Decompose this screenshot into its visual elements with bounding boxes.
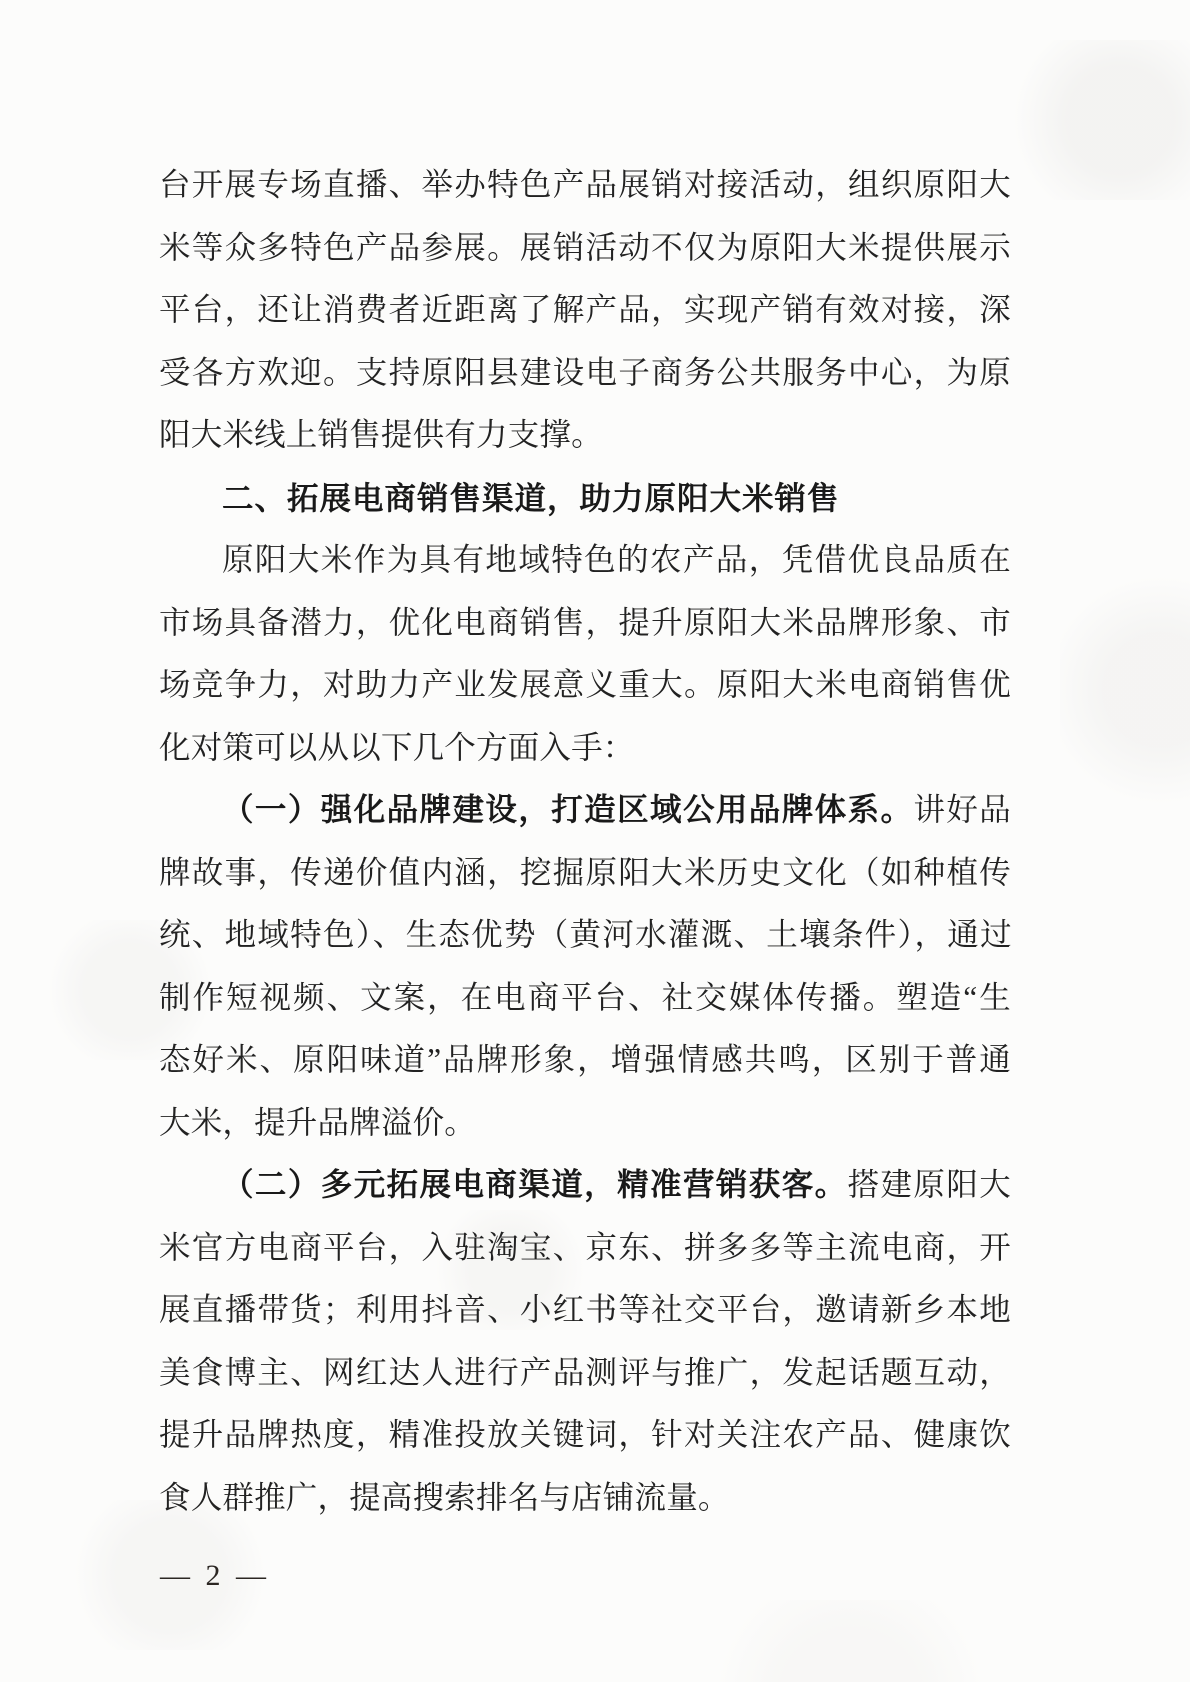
text-segment: 市场具备潜力，优化电商销售，提升原阳大米品牌形象、市: [159, 605, 1011, 640]
text-line: 统、地域特色）、生态优势（黄河水灌溉、土壤条件），通过: [159, 904, 1011, 967]
text-segment: 搭建原阳大: [848, 1167, 1011, 1202]
page-number: — 2 —: [160, 1556, 270, 1596]
text-line: 场竞争力，对助力产业发展意义重大。原阳大米电商销售优: [159, 654, 1011, 717]
text-segment: 受各方欢迎。支持原阳县建设电子商务公共服务中心，为原: [159, 355, 1011, 390]
text-segment: 讲好品: [913, 792, 1011, 827]
text-line: 展直播带货；利用抖音、小红书等社交平台，邀请新乡本地: [159, 1279, 1011, 1342]
document-page: 台开展专场直播、举办特色产品展销对接活动，组织原阳大米等众多特色产品参展。展销活…: [0, 0, 1190, 1682]
text-line: （一）强化品牌建设，打造区域公用品牌体系。讲好品: [159, 779, 1011, 842]
text-line: 米官方电商平台，入驻淘宝、京东、拼多多等主流电商，开: [159, 1217, 1011, 1280]
text-segment: 阳大米线上销售提供有力支撑。: [159, 417, 603, 452]
text-line: 食人群推广，提高搜索排名与店铺流量。: [159, 1467, 1011, 1530]
text-block: 台开展专场直播、举办特色产品展销对接活动，组织原阳大米等众多特色产品参展。展销活…: [159, 154, 1011, 1529]
text-line: 化对策可以从以下几个方面入手：: [159, 717, 1011, 780]
text-segment: 场竞争力，对助力产业发展意义重大。原阳大米电商销售优: [159, 667, 1011, 702]
text-segment: 展直播带货；利用抖音、小红书等社交平台，邀请新乡本地: [159, 1292, 1011, 1327]
text-line: 原阳大米作为具有地域特色的农产品，凭借优良品质在: [159, 529, 1011, 592]
text-line: 米等众多特色产品参展。展销活动不仅为原阳大米提供展示: [159, 217, 1011, 280]
text-segment: 食人群推广，提高搜索排名与店铺流量。: [159, 1480, 730, 1515]
bold-text-segment: （二）多元拓展电商渠道，精准营销获客。: [222, 1167, 848, 1202]
bold-text-segment: 二、拓展电商销售渠道，助力原阳大米销售: [222, 480, 840, 516]
text-line: 受各方欢迎。支持原阳县建设电子商务公共服务中心，为原: [159, 342, 1011, 405]
text-segment: 化对策可以从以下几个方面入手：: [159, 730, 635, 765]
text-line: 态好米、原阳味道”品牌形象，增强情感共鸣，区别于普通: [159, 1029, 1011, 1092]
section-heading: 二、拓展电商销售渠道，助力原阳大米销售: [159, 467, 1011, 530]
text-segment: 平台，还让消费者近距离了解产品，实现产销有效对接，深: [159, 292, 1011, 327]
text-segment: 台开展专场直播、举办特色产品展销对接活动，组织原阳大: [159, 167, 1011, 202]
text-line: 平台，还让消费者近距离了解产品，实现产销有效对接，深: [159, 279, 1011, 342]
text-segment: 牌故事，传递价值内涵，挖掘原阳大米历史文化（如种植传: [159, 855, 1011, 890]
text-line: 阳大米线上销售提供有力支撑。: [159, 404, 1011, 467]
text-segment: 提升品牌热度，精准投放关键词，针对关注农产品、健康饮: [159, 1417, 1011, 1452]
text-line: 提升品牌热度，精准投放关键词，针对关注农产品、健康饮: [159, 1404, 1011, 1467]
text-line: 制作短视频、文案，在电商平台、社交媒体传播。塑造“生: [159, 967, 1011, 1030]
text-segment: 美食博主、网红达人进行产品测评与推广，发起话题互动，: [159, 1355, 1011, 1390]
text-segment: 制作短视频、文案，在电商平台、社交媒体传播。塑造“生: [159, 980, 1011, 1015]
text-line: （二）多元拓展电商渠道，精准营销获客。搭建原阳大: [159, 1154, 1011, 1217]
text-segment: 原阳大米作为具有地域特色的农产品，凭借优良品质在: [222, 542, 1011, 577]
text-line: 大米，提升品牌溢价。: [159, 1092, 1011, 1155]
text-segment: 统、地域特色）、生态优势（黄河水灌溉、土壤条件），通过: [159, 917, 1011, 952]
text-segment: 态好米、原阳味道”品牌形象，增强情感共鸣，区别于普通: [159, 1042, 1011, 1077]
text-segment: 米等众多特色产品参展。展销活动不仅为原阳大米提供展示: [159, 230, 1011, 265]
bold-text-segment: （一）强化品牌建设，打造区域公用品牌体系。: [222, 792, 913, 827]
text-line: 牌故事，传递价值内涵，挖掘原阳大米历史文化（如种植传: [159, 842, 1011, 905]
text-line: 市场具备潜力，优化电商销售，提升原阳大米品牌形象、市: [159, 592, 1011, 655]
text-line: 台开展专场直播、举办特色产品展销对接活动，组织原阳大: [159, 154, 1011, 217]
text-segment: 米官方电商平台，入驻淘宝、京东、拼多多等主流电商，开: [159, 1230, 1011, 1265]
text-line: 美食博主、网红达人进行产品测评与推广，发起话题互动，: [159, 1342, 1011, 1405]
text-segment: 大米，提升品牌溢价。: [159, 1105, 476, 1140]
